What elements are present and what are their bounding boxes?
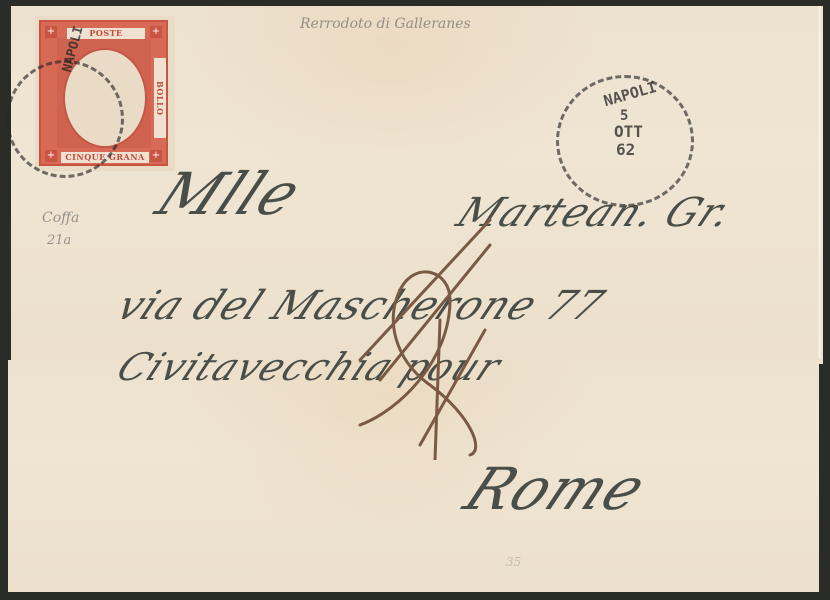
paper-edge xyxy=(818,6,821,358)
stamp-cross-icon: + xyxy=(150,150,162,162)
pencil-note-bottom: 35 xyxy=(506,555,521,569)
stamp-cross-icon: + xyxy=(45,26,57,38)
postmark-year: 62 xyxy=(616,140,635,159)
pencil-note-top: Rerrodoto di Galleranes xyxy=(300,16,471,32)
stamp-right-label: BOLLO xyxy=(154,58,166,138)
handwritten-tax-mark xyxy=(340,200,500,460)
pencil-note-left: Coffa xyxy=(42,210,79,226)
address-city: Rome xyxy=(454,455,658,523)
pencil-note-left-2: 21a xyxy=(47,233,71,248)
postmark-month: OTT xyxy=(614,122,643,141)
stamp-cross-icon: + xyxy=(150,26,162,38)
postmark-left xyxy=(6,60,124,178)
